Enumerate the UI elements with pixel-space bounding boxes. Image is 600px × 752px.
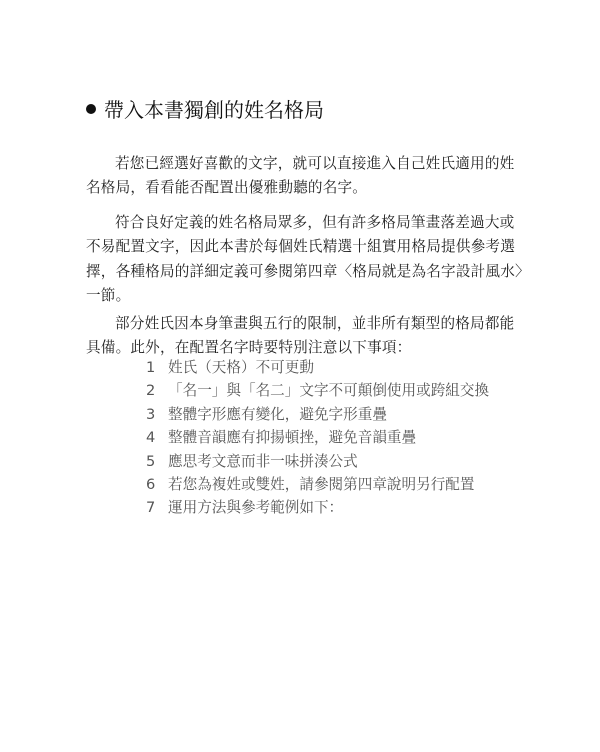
list-item-number: 2 <box>146 379 168 402</box>
section-heading: 帶入本書獨創的姓名格局 <box>86 96 324 124</box>
list-item-number: 4 <box>146 426 168 449</box>
list-item-text: 「名一」與「名二」文字不可顛倒使用或跨組交換 <box>168 382 489 399</box>
list-item-text: 運用方法與參考範例如下： <box>168 499 343 516</box>
list-item-text: 姓氏（天格）不可更動 <box>168 359 314 376</box>
section-heading-text: 帶入本書獨創的姓名格局 <box>104 98 324 122</box>
list-item-number: 7 <box>146 496 168 519</box>
paragraph-layouts: 符合良好定義的姓名格局眾多，但有許多格局筆畫落差過大或不易配置文字，因此本書於每… <box>86 211 526 309</box>
list-item: 3整體字形應有變化，避免字形重疊 <box>146 403 489 426</box>
notes-list: 1姓氏（天格）不可更動 2「名一」與「名二」文字不可顛倒使用或跨組交換 3整體字… <box>146 356 489 520</box>
list-item: 2「名一」與「名二」文字不可顛倒使用或跨組交換 <box>146 379 489 402</box>
list-item-number: 3 <box>146 403 168 426</box>
bullet-icon <box>86 104 96 114</box>
paragraph-limits: 部分姓氏因本身筆畫與五行的限制，並非所有類型的格局都能具備。此外，在配置名字時要… <box>86 312 526 361</box>
list-item: 6若您為複姓或雙姓，請參閱第四章說明另行配置 <box>146 473 489 496</box>
list-item: 4整體音韻應有抑揚頓挫，避免音韻重疊 <box>146 426 489 449</box>
list-item-text: 應思考文意而非一味拼湊公式 <box>168 453 358 470</box>
list-item-number: 6 <box>146 473 168 496</box>
paragraph-intro: 若您已經選好喜歡的文字，就可以直接進入自己姓氏適用的姓名格局，看看能否配置出優雅… <box>86 152 526 201</box>
list-item-number: 1 <box>146 356 168 379</box>
list-item-text: 整體音韻應有抑揚頓挫，避免音韻重疊 <box>168 429 416 446</box>
list-item: 5應思考文意而非一味拼湊公式 <box>146 450 489 473</box>
list-item: 7運用方法與參考範例如下： <box>146 496 489 519</box>
list-item-number: 5 <box>146 450 168 473</box>
list-item: 1姓氏（天格）不可更動 <box>146 356 489 379</box>
list-item-text: 若您為複姓或雙姓，請參閱第四章說明另行配置 <box>168 476 474 493</box>
list-item-text: 整體字形應有變化，避免字形重疊 <box>168 406 387 423</box>
